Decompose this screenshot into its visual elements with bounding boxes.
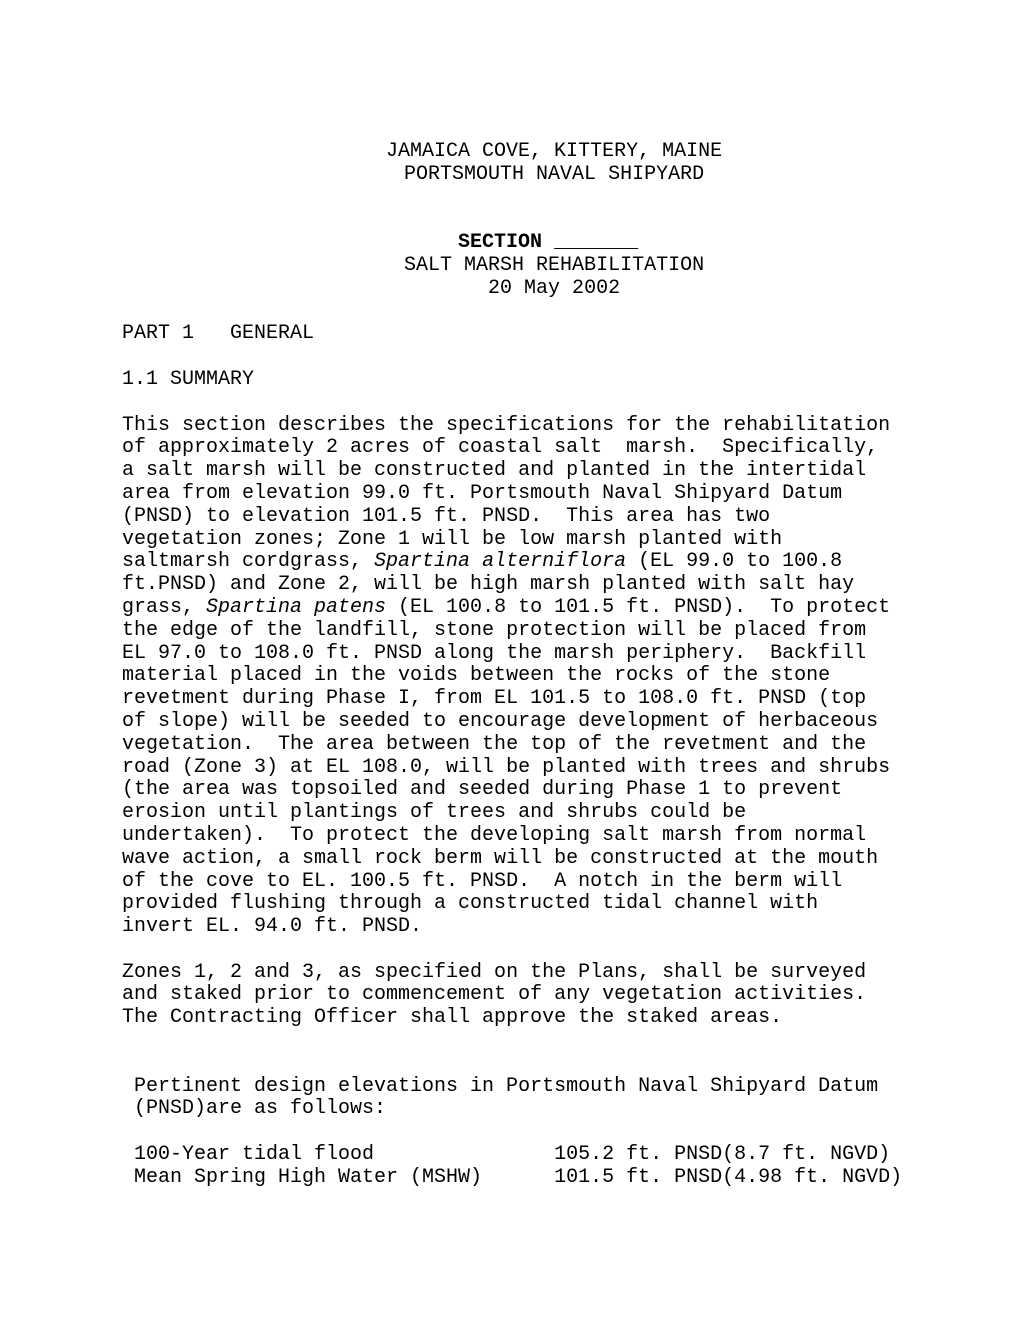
section-label: SECTION: [458, 231, 554, 254]
text-segment: vegetation zones; Zone 1 will be low mar…: [122, 528, 782, 551]
text-segment: (PNSD)are as follows:: [134, 1097, 386, 1120]
document-line: JAMAICA COVE, KITTERY, MAINE: [122, 141, 986, 164]
text-segment: JAMAICA COVE, KITTERY, MAINE: [386, 140, 722, 163]
document-line: material placed in the voids between the…: [122, 665, 986, 688]
text-segment: a salt marsh will be constructed and pla…: [122, 459, 866, 482]
elevation-label: Mean Spring High Water (MSHW): [134, 1167, 554, 1190]
text-segment: Pertinent design elevations in Portsmout…: [134, 1075, 878, 1098]
text-segment: material placed in the voids between the…: [122, 664, 830, 687]
zones-paragraph: Zones 1, 2 and 3, as specified on the Pl…: [122, 962, 986, 1030]
text-segment: vegetation. The area between the top of …: [122, 733, 866, 756]
document-line: saltmarsh cordgrass, Spartina alterniflo…: [122, 551, 986, 574]
document-line: (PNSD) to elevation 101.5 ft. PNSD. This…: [122, 506, 986, 529]
text-segment: of slope) will be seeded to encourage de…: [122, 710, 878, 733]
document-line: a salt marsh will be constructed and pla…: [122, 460, 986, 483]
document-line: Zones 1, 2 and 3, as specified on the Pl…: [122, 962, 986, 985]
document-line: road (Zone 3) at EL 108.0, will be plant…: [122, 757, 986, 780]
document-line: of the cove to EL. 100.5 ft. PNSD. A not…: [122, 871, 986, 894]
document-page: JAMAICA COVE, KITTERY, MAINEPORTSMOUTH N…: [122, 141, 986, 1190]
document-line: of approximately 2 acres of coastal salt…: [122, 437, 986, 460]
spacer: [122, 301, 986, 324]
document-line: erosion until plantings of trees and shr…: [122, 802, 986, 825]
text-segment: The Contracting Officer shall approve th…: [122, 1006, 782, 1029]
part-heading: PART 1 GENERAL: [122, 323, 986, 346]
spacer: [122, 346, 986, 369]
text-segment: revetment during Phase I, from EL 101.5 …: [122, 687, 866, 710]
section-heading-line: SECTION _______: [122, 232, 986, 255]
text-segment: Zones 1, 2 and 3, as specified on the Pl…: [122, 961, 866, 984]
species-name-italic: Spartina alterniflora: [374, 550, 626, 573]
document-line: invert EL. 94.0 ft. PNSD.: [122, 916, 986, 939]
spacer: [122, 1121, 986, 1144]
elevation-value: 101.5 ft. PNSD(4.98 ft. NGVD): [554, 1166, 902, 1189]
text-segment: invert EL. 94.0 ft. PNSD.: [122, 915, 422, 938]
document-line: PORTSMOUTH NAVAL SHIPYARD: [122, 164, 986, 187]
elevation-table-row: Mean Spring High Water (MSHW)101.5 ft. P…: [122, 1167, 986, 1190]
text-segment: erosion until plantings of trees and shr…: [122, 801, 746, 824]
document-line: This section describes the specification…: [122, 415, 986, 438]
elevations-intro: Pertinent design elevations in Portsmout…: [122, 1076, 986, 1122]
text-segment: This section describes the specification…: [122, 414, 890, 437]
text-segment: provided flushing through a constructed …: [122, 892, 818, 915]
text-segment: (EL 100.8 to 101.5 ft. PNSD). To protect: [386, 596, 890, 619]
elevation-table-row: 100-Year tidal flood105.2 ft. PNSD(8.7 f…: [122, 1144, 986, 1167]
text-segment: ft.PNSD) and Zone 2, will be high marsh …: [122, 573, 854, 596]
document-line: grass, Spartina patens (EL 100.8 to 101.…: [122, 597, 986, 620]
spacer: [122, 187, 986, 233]
document-line: area from elevation 99.0 ft. Portsmouth …: [122, 483, 986, 506]
document-line: (the area was topsoiled and seeded durin…: [122, 779, 986, 802]
elevation-label: 100-Year tidal flood: [134, 1144, 554, 1167]
document-line: The Contracting Officer shall approve th…: [122, 1007, 986, 1030]
text-segment: undertaken). To protect the developing s…: [122, 824, 866, 847]
document-line: vegetation. The area between the top of …: [122, 734, 986, 757]
document-line: wave action, a small rock berm will be c…: [122, 848, 986, 871]
summary-heading: 1.1 SUMMARY: [122, 369, 986, 392]
document-line: of slope) will be seeded to encourage de…: [122, 711, 986, 734]
document-line: vegetation zones; Zone 1 will be low mar…: [122, 529, 986, 552]
document-line: the edge of the landfill, stone protecti…: [122, 620, 986, 643]
document-line: (PNSD)are as follows:: [122, 1098, 986, 1121]
title-block: SECTION _______ SALT MARSH REHABILITATIO…: [122, 232, 986, 300]
title-lines: SALT MARSH REHABILITATION20 May 2002: [122, 255, 986, 301]
species-name-italic: Spartina patens: [206, 596, 386, 619]
spacer: [122, 939, 986, 962]
document-line: EL 97.0 to 108.0 ft. PNSD along the mars…: [122, 643, 986, 666]
text-segment: EL 97.0 to 108.0 ft. PNSD along the mars…: [122, 642, 866, 665]
text-segment: (EL 99.0 to 100.8: [626, 550, 842, 573]
document-line: ft.PNSD) and Zone 2, will be high marsh …: [122, 574, 986, 597]
header-block: JAMAICA COVE, KITTERY, MAINEPORTSMOUTH N…: [122, 141, 986, 187]
text-segment: saltmarsh cordgrass,: [122, 550, 374, 573]
text-segment: of the cove to EL. 100.5 ft. PNSD. A not…: [122, 870, 842, 893]
text-segment: and staked prior to commencement of any …: [122, 983, 866, 1006]
document-line: revetment during Phase I, from EL 101.5 …: [122, 688, 986, 711]
text-segment: area from elevation 99.0 ft. Portsmouth …: [122, 482, 842, 505]
section-number-blank: _______: [554, 231, 638, 254]
text-segment: the edge of the landfill, stone protecti…: [122, 619, 866, 642]
text-segment: 20 May 2002: [488, 277, 620, 300]
document-line: and staked prior to commencement of any …: [122, 984, 986, 1007]
text-segment: SALT MARSH REHABILITATION: [404, 254, 704, 277]
summary-paragraph: This section describes the specification…: [122, 415, 986, 939]
document-line: provided flushing through a constructed …: [122, 893, 986, 916]
text-segment: (the area was topsoiled and seeded durin…: [122, 778, 842, 801]
text-segment: grass,: [122, 596, 206, 619]
text-segment: wave action, a small rock berm will be c…: [122, 847, 878, 870]
document-line: 20 May 2002: [122, 278, 986, 301]
spacer: [122, 392, 986, 415]
text-segment: road (Zone 3) at EL 108.0, will be plant…: [122, 756, 890, 779]
document-line: Pertinent design elevations in Portsmout…: [122, 1076, 986, 1099]
spacer: [122, 1030, 986, 1076]
text-segment: of approximately 2 acres of coastal salt…: [122, 436, 878, 459]
elevation-value: 105.2 ft. PNSD(8.7 ft. NGVD): [554, 1143, 890, 1166]
text-segment: PORTSMOUTH NAVAL SHIPYARD: [404, 163, 704, 186]
document-line: SALT MARSH REHABILITATION: [122, 255, 986, 278]
document-line: undertaken). To protect the developing s…: [122, 825, 986, 848]
text-segment: (PNSD) to elevation 101.5 ft. PNSD. This…: [122, 505, 770, 528]
elevation-table: 100-Year tidal flood105.2 ft. PNSD(8.7 f…: [122, 1144, 986, 1190]
